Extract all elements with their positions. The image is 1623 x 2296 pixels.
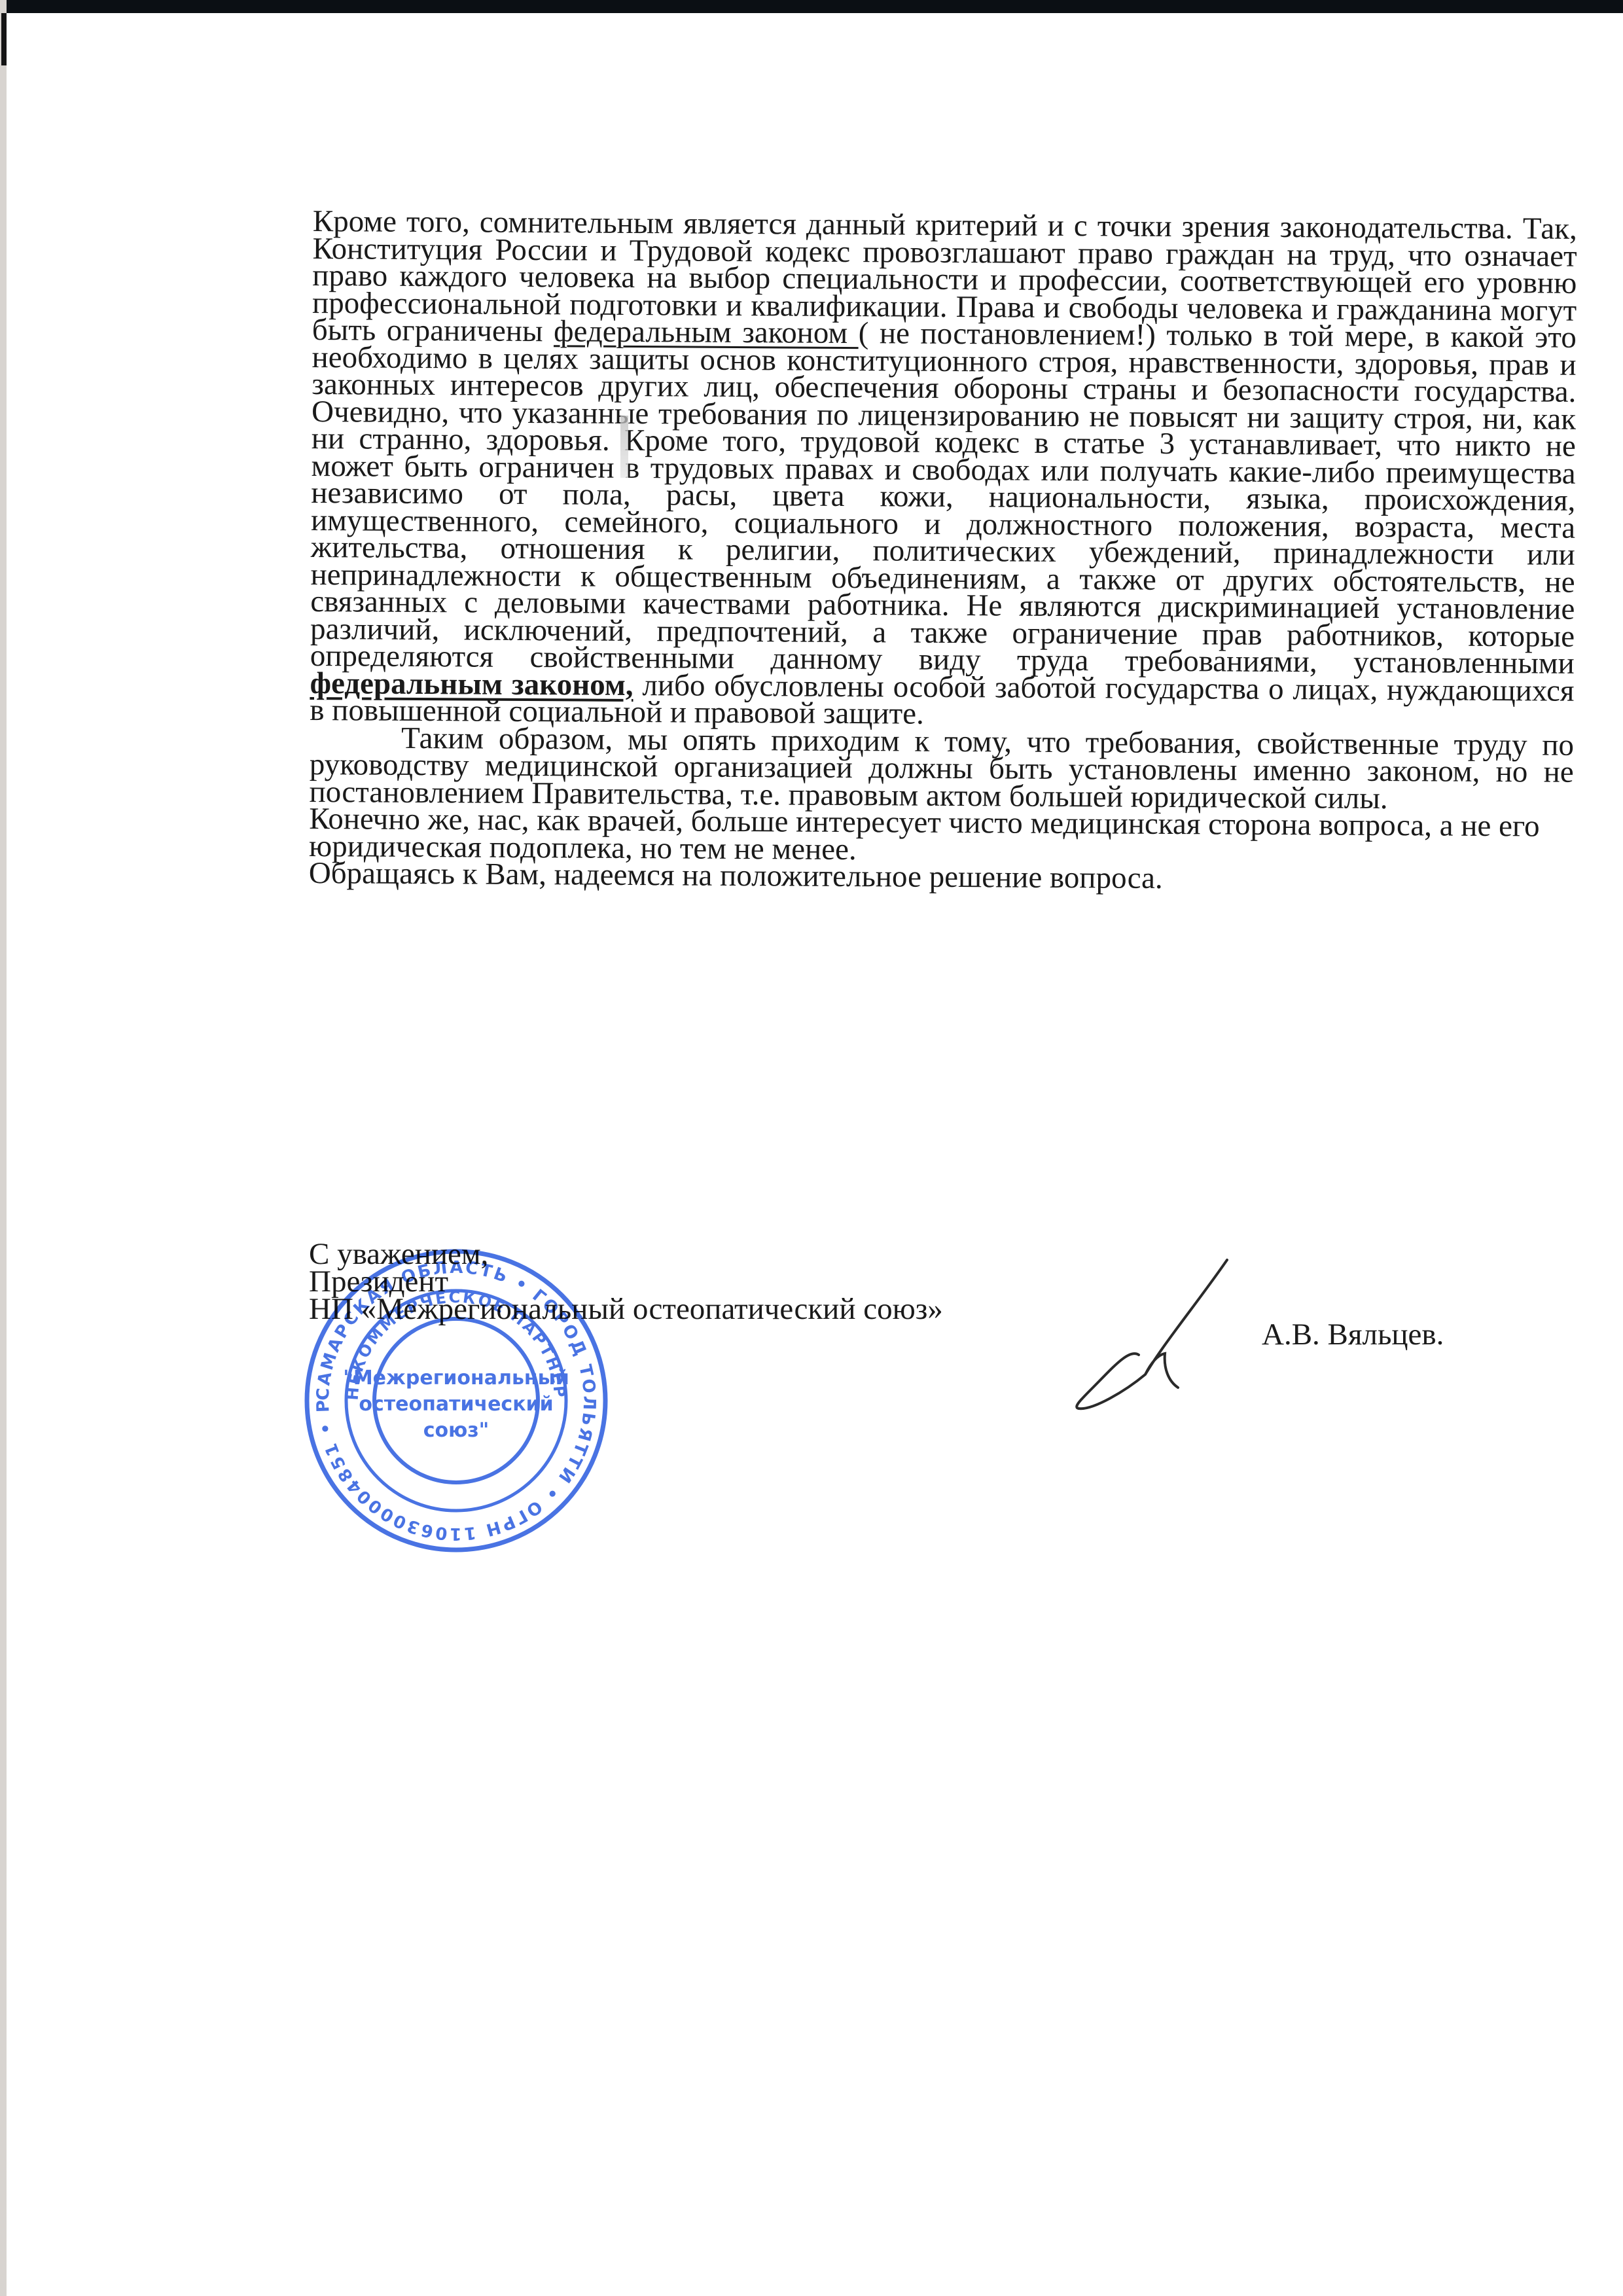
scan-edge-top: [0, 0, 1623, 13]
letter-body: Кроме того, сомнительным является данный…: [309, 208, 1577, 895]
paragraph-legal-argument: Кроме того, сомнительным является данный…: [310, 208, 1577, 732]
signer-name: А.В. Вяльцев.: [1262, 1317, 1444, 1352]
organization-seal-icon: САМАРСКАЯ ОБЛАСТЬ • ГОРОД ТОЛЬЯТТИ • ОГР…: [302, 1247, 610, 1554]
stamp-center-line-3: союз": [423, 1419, 490, 1442]
paragraph-conclusion: Таким образом, мы опять приходим к тому,…: [309, 724, 1574, 813]
scan-edge-mark: [1, 13, 7, 65]
text-segment: ( не постановлением!) только в той мере,…: [310, 316, 1577, 681]
stamp-center-line-1: "Межрегиональный: [343, 1367, 569, 1390]
stamp-center-line-2: остеопатический: [359, 1393, 553, 1416]
handwritten-signature-icon: [1067, 1257, 1250, 1414]
scan-edge-left: [0, 0, 7, 2296]
scan-fold-mark: [620, 416, 628, 478]
